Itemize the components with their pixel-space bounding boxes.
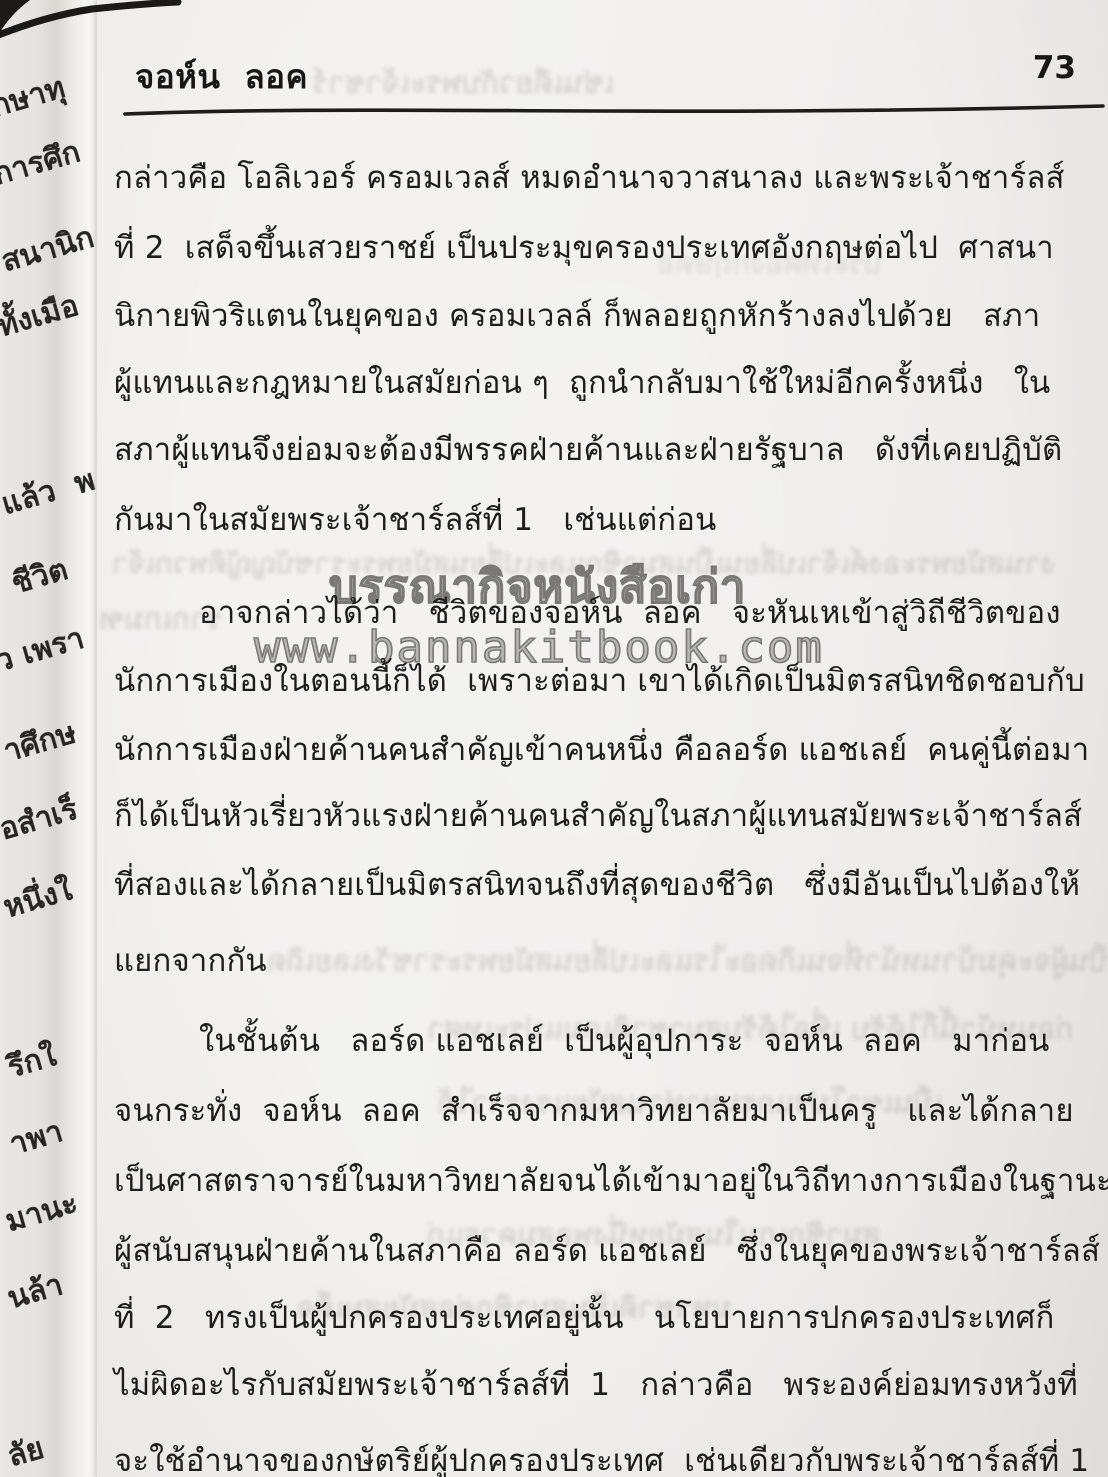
body-line: นิกายพิวริแตนในยุคของ ครอมเวลล์ ก็พลอยถู… (114, 293, 1034, 339)
adjacent-page-fragment: ทั้งเมือ (0, 282, 84, 350)
page-number: 73 (1033, 50, 1076, 86)
book-photo: { "header": { "running_title": "จอห์น ลอ… (0, 0, 1108, 1477)
body-line: ในชั้นต้น ลอร์ด แอชเลย์ เป็นผู้อุปการะ จ… (114, 1018, 1108, 1064)
adjacent-page-fragment: มานะ (0, 1180, 83, 1245)
body-line: ที่สองและได้กลายเป็นมิตรสนิทจนถึงที่สุดข… (114, 862, 1034, 908)
body-line: ที่ 2 เสด็จขึ้นเสวยราชย์ เป็นประมุขครองป… (114, 225, 1034, 271)
adjacent-page-fragment: ิการศึก (0, 129, 86, 199)
book-cover-edge (0, 0, 200, 50)
body-line: จนกระทั่ง จอห์น ลอค สำเร็จจากมหาวิทยาลัย… (114, 1088, 1034, 1134)
adjacent-page-fragment: หนึ่งใ (0, 867, 78, 931)
body-line: ผู้สนับสนุนฝ่ายค้านในสภาคือ ลอร์ด แอชเลย… (114, 1228, 1034, 1274)
body-line: ผู้แทนและกฎหมายในสมัยก่อน ๆ ถูกนำกลับมาใ… (114, 360, 1034, 406)
adjacent-page-fragment: แล้ว พ (0, 457, 97, 528)
adjacent-page-fragment: ้าศึกษ (0, 710, 82, 776)
book-page: เช่นเดียวกับพระเจ้าชาร์ งานสมัยพระองค์เจ… (97, 0, 1108, 1477)
adjacent-page-fragment: อสำเร็ (0, 786, 83, 853)
adjacent-page-fragment: รึกใ (2, 1033, 62, 1092)
adjacent-page-fragment: สนานิก (0, 214, 97, 285)
body-line: นักการเมืองในตอนนี้ก็ได้ เพราะต่อมา เขาไ… (114, 658, 1034, 704)
body-line: จะใช้อำนาจของกษัตริย์ผู้ปกครองประเทศ เช่… (114, 1438, 1034, 1477)
adjacent-page-fragment: าพา (4, 1108, 68, 1168)
body-line: ไม่ผิดอะไรกับสมัยพระเจ้าชาร์ลส์ที่ 1 กล่… (114, 1362, 1034, 1408)
body-line: กันมาในสมัยพระเจ้าชาร์ลส์ที่ 1 เช่นแต่ก่… (114, 497, 1034, 543)
adjacent-page-fragment: นล้า (2, 1262, 69, 1323)
body-line: ที่ 2 ทรงเป็นผู้ปกครองประเทศอยู่นั้น นโย… (114, 1295, 1034, 1341)
adjacent-page-fragment: ชีวิต (6, 546, 73, 607)
adjacent-page-fragment: ว เพรา (0, 615, 90, 685)
header-rule (117, 96, 1108, 122)
body-line: นักการเมืองฝ่ายค้านคนสำคัญเข้าคนหนึ่ง คื… (114, 727, 1034, 773)
body-line: ก็ได้เป็นหัวเรี่ยวหัวแรงฝ่ายค้านคนสำคัญใ… (114, 793, 1034, 839)
body-line: อาจกล่าวได้ว่า ชีวิตของจอห์น ลอค จะหันเห… (114, 590, 1108, 636)
adjacent-page: ึกษาทุ ิการศึก สนานิก ทั้งเมือ แล้ว พ ชี… (0, 0, 97, 1477)
adjacent-page-fragment: ลัย (2, 1425, 50, 1477)
body-line: กล่าวคือ โอลิเวอร์ ครอมเวลส์ หมดอำนาจวาส… (114, 155, 1034, 201)
body-line: แยกจากกัน (114, 938, 1034, 984)
adjacent-page-fragment: ึกษาทุ (0, 64, 71, 130)
body-line: สภาผู้แทนจึงย่อมจะต้องมีพรรคฝ่ายค้านและฝ… (114, 427, 1034, 473)
body-line: เป็นศาสตราจารย์ในมหาวิทยาลัยจนได้เข้ามาอ… (114, 1158, 1034, 1204)
